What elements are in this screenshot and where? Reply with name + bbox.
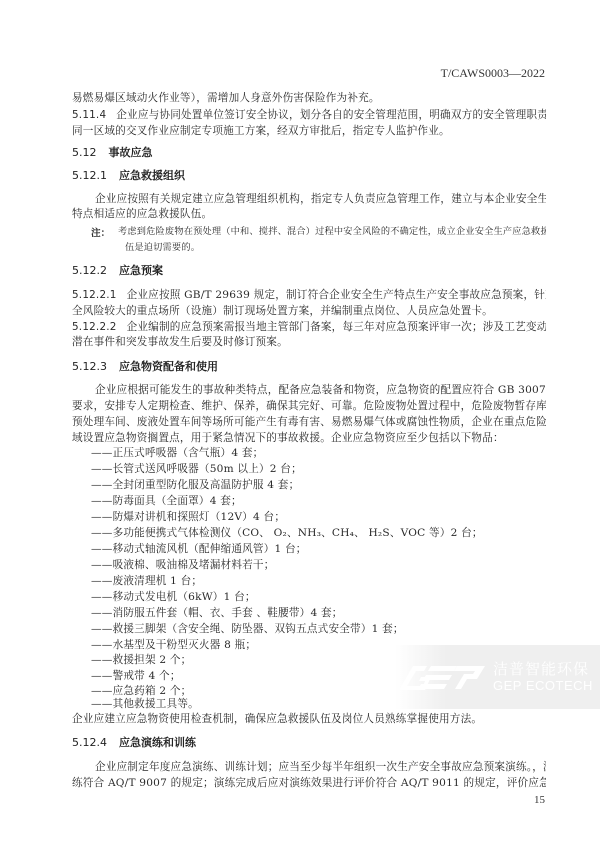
clause-5-12-2-1-line2: 全风险较大的重点场所（设施）制订现场处置方案，并编制重点岗位、人员应急处置卡。 <box>72 304 546 319</box>
watermark-brand-en: GEP ECOTECH <box>493 678 593 694</box>
watermark: 洁普智能环保 GEP ECOTECH <box>395 645 600 709</box>
clause-number: 5.12.2.2 <box>72 321 117 333</box>
paragraph-line: 练符合 AQ/T 9007 的规定；演练完成后应对演练效果进行评价符合 AQ/T… <box>72 776 546 791</box>
section-title: 应急物资配备和使用 <box>119 360 218 373</box>
note-line: 伍是迫切需要的。 <box>125 240 545 255</box>
clause-text: 企业应与协同处置单位签订安全协议，划分各自的安全管理范围，明确双方的安全管理职责… <box>116 109 546 121</box>
section-heading-5-12-2: 5.12.2应急预案 <box>72 263 163 278</box>
clause-number: 5.11.4 <box>72 109 106 121</box>
paragraph-line: 要求，安排专人定期检查、维护、保养，确保其完好、可靠。危险废物处置过程中，危险废… <box>72 399 546 414</box>
clause-number: 5.12.2.1 <box>72 289 117 301</box>
section-number: 5.12.3 <box>72 360 107 373</box>
clause-5-12-2-2-line2: 潜在事件和突发事故发生后要及时修订预案。 <box>72 335 546 350</box>
paragraph-line: 企业应根据可能发生的事故种类特点，配备应急装备和物资，应急物资的配置应符合 GB… <box>95 383 546 398</box>
section-title: 应急演练和训练 <box>119 736 196 749</box>
page-number: 15 <box>534 794 545 806</box>
list-item: ——正压式呼吸器（含气瓶）4 套； <box>91 446 546 461</box>
clause-5-12-2-1-line1: 5.12.2.1企业应按照 GB/T 29639 规定，制订符合企业安全生产特点… <box>72 288 546 303</box>
section-heading-5-12-4: 5.12.4应急演练和训练 <box>72 735 196 750</box>
clause-text: 企业应按照 GB/T 29639 规定，制订符合企业安全生产特点生产安全事故应急… <box>127 289 546 301</box>
paragraph-line: 企业应建立应急物资使用检查机制，确保应急救援队伍及岗位人员熟练掌握使用方法。 <box>72 712 546 727</box>
section-heading-5-12: 5.12事故应急 <box>72 145 153 160</box>
continuation-text: 易燃易爆区域动火作业等），需增加人身意外伤害保险作为补充。 <box>72 91 546 106</box>
list-item: ——防毒面具（全面罩）4 套； <box>91 494 546 509</box>
section-number: 5.12.4 <box>72 736 107 749</box>
paragraph-line: 特点相适应的应急救援队伍。 <box>72 207 546 222</box>
clause-text: 企业编制的应急预案需报当地主管部门备案，每三年对应急预案评审一次；涉及工艺变动、 <box>127 321 546 333</box>
paragraph-line: 企业应按照有关规定建立应急管理组织机构，指定专人负责应急管理工作，建立与本企业安… <box>95 192 546 207</box>
clause-5-12-2-2-line1: 5.12.2.2企业编制的应急预案需报当地主管部门备案，每三年对应急预案评审一次… <box>72 320 546 335</box>
watermark-brand-cn: 洁普智能环保 <box>493 660 593 678</box>
document-page: T/CAWS0003—2022 易燃易爆区域动火作业等），需增加人身意外伤害保险… <box>0 0 600 848</box>
clause-5-11-4-line1: 5.11.4企业应与协同处置单位签订安全协议，划分各自的安全管理范围，明确双方的… <box>72 108 546 123</box>
list-item: ——吸液棉、吸油棉及堵漏材料若干； <box>91 558 546 573</box>
list-item: ——移动式轴流风机（配伸缩通风管）1 台； <box>91 542 546 557</box>
list-item: ——废液清理机 1 台； <box>91 574 546 589</box>
paragraph-line: 企业应制定年度应急演练、训练计划；应当至少每半年组织一次生产安全事故应急预案演练… <box>95 760 546 775</box>
watermark-text: 洁普智能环保 GEP ECOTECH <box>493 660 593 694</box>
paragraph-line: 预处理车间、废液处置车间等场所可能产生有毒有害、易燃易爆气体或腐蚀性物质，企业在… <box>72 415 546 430</box>
section-number: 5.12 <box>72 146 97 159</box>
note-line: 考虑到危险废物在预处理（中和、搅拌、混合）过程中安全风险的不确定性，成立企业安全… <box>118 224 546 239</box>
section-heading-5-12-3: 5.12.3应急物资配备和使用 <box>72 359 218 374</box>
section-title: 应急预案 <box>119 264 163 277</box>
section-title: 应急救援组织 <box>119 169 185 182</box>
section-heading-5-12-1: 5.12.1应急救援组织 <box>72 168 185 183</box>
paragraph-line: 域设置应急物资搁置点，用于紧急情况下的事故救援。企业应急物资应至少包括以下物品： <box>72 431 546 446</box>
list-item: ——长管式送风呼吸器（50m 以上）2 台； <box>91 462 546 477</box>
list-item: ——防爆对讲机和探照灯（12V）4 台； <box>91 510 546 525</box>
gep-logo-icon <box>397 662 487 692</box>
section-title: 事故应急 <box>109 146 153 159</box>
note-label: 注： <box>91 225 110 239</box>
list-item: ——全封闭重型防化服及高温防护服 4 套； <box>91 478 546 493</box>
list-item: ——消防服五件套（帽、衣、手套 、鞋腰带）4 套； <box>91 606 546 621</box>
section-number: 5.12.1 <box>72 169 107 182</box>
list-item: ——移动式发电机（6kW）1 台； <box>91 590 546 605</box>
section-number: 5.12.2 <box>72 264 107 277</box>
document-code: T/CAWS0003—2022 <box>441 66 545 81</box>
list-item: ——多功能便携式气体检测仪（CO、 O₂、NH₃、CH₄、 H₂S、VOC 等）… <box>91 526 546 541</box>
list-item: ——救援三脚架（含安全绳、防坠器、双钩五点式安全带）1 套； <box>91 622 546 637</box>
clause-5-11-4-line2: 同一区域的交叉作业应制定专项施工方案，经双方审批后，指定专人监护作业。 <box>72 124 546 139</box>
